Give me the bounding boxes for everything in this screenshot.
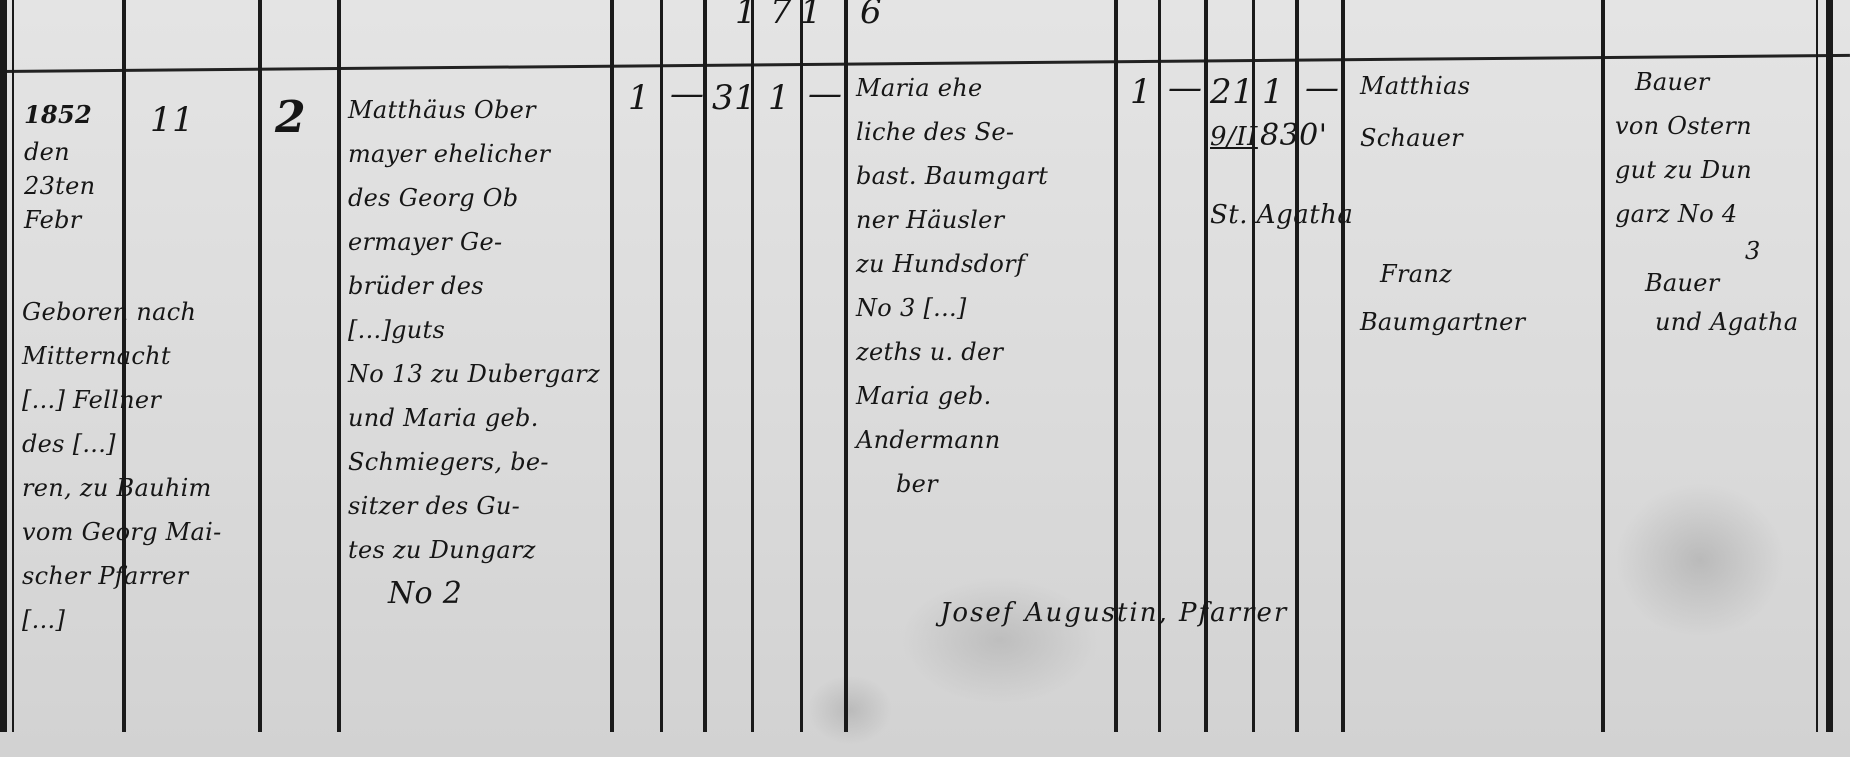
- entry-date-line: den: [24, 135, 95, 169]
- parents-line: Andermann: [856, 418, 1048, 462]
- remarks-line: Bauer: [1615, 60, 1798, 104]
- col-rule: [258, 0, 262, 732]
- col-rule: [844, 0, 848, 732]
- remarks-line: und Agatha: [1615, 300, 1798, 344]
- border-right-thin: [1816, 0, 1818, 732]
- tally-cell: —: [1168, 68, 1203, 108]
- parents-line: ner Häusler: [856, 198, 1048, 242]
- house-number: 11: [150, 100, 194, 140]
- place-note-line: [...]: [22, 598, 222, 642]
- parents-line: zu Hundsdorf: [856, 242, 1048, 286]
- parents-line: No 3 [...]: [856, 286, 1048, 330]
- tally-cell: —: [808, 74, 843, 114]
- tally-cell: 21: [1210, 72, 1254, 112]
- child-details: Matthäus Ober mayer ehelicher des Georg …: [348, 88, 600, 616]
- place-note-line: ren, zu Bauhim: [22, 466, 222, 510]
- border-right-thick: [1826, 0, 1833, 732]
- tally-cell: —: [1305, 68, 1340, 108]
- border-left-thin: [12, 0, 14, 732]
- parents-line: Maria geb.: [856, 374, 1048, 418]
- parents-line: ber: [856, 462, 1048, 506]
- child-details-line: [...]guts: [348, 308, 600, 352]
- header-fragment: 6: [860, 0, 882, 32]
- entry-date-line: Febr: [24, 203, 95, 237]
- place-note-line: [...] Fellner: [22, 378, 222, 422]
- col-rule: [800, 0, 803, 732]
- tally-cell: 1: [768, 78, 790, 118]
- entry-year: 1852: [24, 95, 95, 135]
- child-details-line: Matthäus Ober: [348, 88, 600, 132]
- baptism-date: 9/II: [1210, 122, 1258, 152]
- header-fragment: 7: [770, 0, 792, 32]
- child-details-line: Schmiegers, be-: [348, 440, 600, 484]
- place-note: Geboren nach Mitternacht [...] Fellner d…: [22, 290, 222, 642]
- col-rule: [337, 0, 341, 732]
- col-rule: [1295, 0, 1299, 732]
- godparent-line: Franz: [1360, 250, 1525, 298]
- parents-line: Maria ehe: [856, 66, 1048, 110]
- godparents: Matthias Schauer: [1360, 60, 1470, 164]
- remarks-line: Bauer: [1615, 266, 1798, 300]
- child-number: 2: [275, 92, 306, 143]
- parents-details: Maria ehe liche des Se- bast. Baumgart n…: [856, 66, 1048, 506]
- place-note-line: vom Georg Mai-: [22, 510, 222, 554]
- register-page: 1 7 1 6 1852 den 23ten Febr Geboren nach…: [0, 0, 1850, 757]
- child-details-line: mayer ehelicher: [348, 132, 600, 176]
- child-details-line: ermayer Ge-: [348, 220, 600, 264]
- tally-cell: 31: [712, 78, 756, 118]
- col-rule: [1601, 0, 1605, 732]
- tally-cell: 1: [1262, 72, 1284, 112]
- child-details-line: tes zu Dungarz: [348, 528, 600, 572]
- header-fragment: 1: [735, 0, 757, 32]
- child-details-line: No 13 zu Dubergarz: [348, 352, 600, 396]
- col-rule: [1341, 0, 1345, 732]
- place-note-line: Geboren nach: [22, 290, 222, 334]
- priest-signature: Josef Augustin, Pfarrer: [940, 598, 1288, 628]
- parents-line: zeths u. der: [856, 330, 1048, 374]
- tally-cell: —: [670, 74, 705, 114]
- parents-line: bast. Baumgart: [856, 154, 1048, 198]
- entry-date-line: 23ten: [24, 169, 95, 203]
- remarks-line: von Ostern: [1615, 104, 1798, 148]
- child-details-line: sitzer des Gu-: [348, 484, 600, 528]
- remarks-line: gut zu Dun: [1615, 148, 1798, 192]
- baptism-time: 830': [1260, 118, 1328, 153]
- godparents-2: Franz Baumgartner: [1360, 250, 1525, 346]
- child-details-line: und Maria geb.: [348, 396, 600, 440]
- place-note-line: scher Pfarrer: [22, 554, 222, 598]
- remarks: Bauer von Ostern gut zu Dun garz No 4 3 …: [1615, 60, 1798, 344]
- remarks-line: garz No 4: [1615, 192, 1798, 236]
- tally-cell: 1: [1130, 72, 1152, 112]
- godparent-line: Matthias: [1360, 60, 1470, 112]
- baptism-place: St. Agatha: [1210, 200, 1353, 230]
- godparent-line: Baumgartner: [1360, 298, 1525, 346]
- tally-cell: 1: [628, 78, 650, 118]
- parents-line: liche des Se-: [856, 110, 1048, 154]
- place-note-line: des [...]: [22, 422, 222, 466]
- child-details-line: brüder des: [348, 264, 600, 308]
- place-note-line: Mitternacht: [22, 334, 222, 378]
- border-left-thick: [0, 0, 7, 732]
- godparent-line: Schauer: [1360, 112, 1470, 164]
- child-details-line: des Georg Ob: [348, 176, 600, 220]
- child-details-line: No 2: [348, 572, 600, 616]
- remarks-line: 3: [1615, 236, 1798, 266]
- col-rule: [610, 0, 614, 732]
- col-rule: [660, 0, 663, 732]
- header-fragment: 1: [800, 0, 822, 32]
- date-column: 1852 den 23ten Febr: [24, 95, 95, 237]
